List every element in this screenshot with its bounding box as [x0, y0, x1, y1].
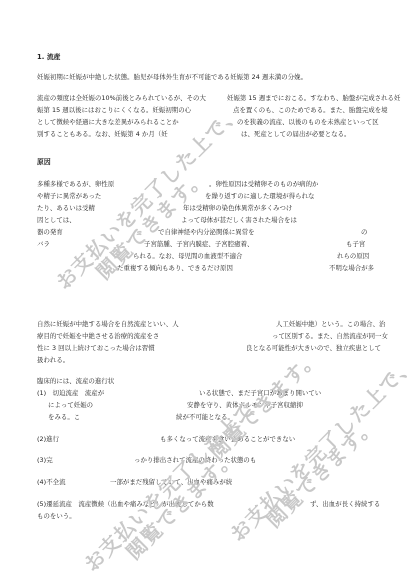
- paragraph1-line-right: は、死産としての届出が必要となる。: [241, 130, 351, 138]
- stage-5-line: ものをいう。: [37, 512, 76, 520]
- paragraph2-line-right: 不明な場合が多: [329, 264, 374, 272]
- paragraph3-line: 扱われる。: [37, 356, 69, 364]
- stage-5-line: (5)遷延流産 流産徴候（出血や痛みなど）が出現してから数: [37, 500, 214, 508]
- paragraph2-line: たり、あるいは受精: [37, 204, 95, 212]
- section-heading: 1. 流産: [37, 53, 61, 61]
- paragraph1-line: 別することもある。なお、妊娠第 4 か月（妊: [37, 130, 168, 138]
- paragraph2-line-mid: た重複する傾向もあり、できるだけ原因: [117, 264, 233, 272]
- definition-text: 妊娠初期に妊娠が中絶した状態。胎児が母体外生育が不可能である妊娠第 24 週未満…: [37, 73, 307, 81]
- paragraph3-line: 自然に妊娠が中絶する場合を自然流産といい、人: [37, 320, 179, 328]
- paragraph3-line-right: 良となる可能性が大きいので、独立疾患として: [246, 344, 381, 352]
- paragraph1-line-right: のを狭義の流産、以後のものを未熟産といって区: [237, 118, 379, 126]
- paragraph2-line-right: の: [361, 228, 367, 236]
- paragraph2-line-mid: を繰り返すのに適した環境が得られな: [205, 192, 315, 200]
- paragraph2-line-mid: 子宮筋腫、子宮内膜症、子宮腔癒着、: [144, 240, 254, 248]
- paragraph2-line: 器の発育: [37, 228, 63, 236]
- watermark-line1: お支払いを完了した上で、: [226, 352, 410, 545]
- paragraph2-line-mid: で自律神経や内分泌関係に異常を: [158, 228, 255, 236]
- paragraph2-line: 因としては、: [37, 216, 76, 224]
- paragraph3-line: 性に 3 回以上続けておこった場合は習慣: [37, 344, 155, 352]
- stage-1-line-right: いる状態で、まだ子宮口があまり開いてい: [199, 389, 321, 397]
- stage-1-line: (1) 切迫流産 流産が: [37, 389, 104, 397]
- paragraph1-line-right: 点を置くのも、このためである。また、胎盤完成を境: [233, 106, 388, 114]
- document-page: 1. 流産 妊娠初期に妊娠が中絶した状態。胎児が母体外生育が不可能である妊娠第 …: [0, 0, 410, 580]
- paragraph3-line-right: って区別する。また、自然流産が同一女: [272, 332, 388, 340]
- stage-4-line-right: 一部がまだ残留していて、出血や痛みが続: [110, 478, 232, 486]
- stage-3-line-right: っかり排出されて流産の終わった状態のも: [134, 456, 256, 464]
- watermark-line2: 閲覧できます。: [262, 413, 380, 531]
- stage-1-line: によって妊娠の: [48, 401, 93, 409]
- paragraph2-line: バラ: [37, 240, 50, 248]
- paragraph2-line-right: れらの原因: [337, 252, 369, 260]
- stage-2-line: (2)進行: [37, 435, 59, 443]
- stage-4-line: (4)不全流: [37, 478, 66, 486]
- paragraph2-line: 多種多様であるが、卵性原: [37, 180, 114, 188]
- stage-1-line-right: 安静を守り、黄体ホルモンや子宮収縮抑: [187, 401, 303, 409]
- stage-2-line-right: も多くなって流産を食い止めることができない: [160, 435, 295, 443]
- paragraph2-line: や精子に異常があった: [37, 192, 101, 200]
- paragraph3-line-right: 人工妊娠中絶）という。この場合、治: [276, 320, 386, 328]
- cause-heading: 原因: [37, 158, 51, 166]
- paragraph1-line-right: 妊娠第 15 週までにおこる。すなわち、胎盤が完成される妊: [227, 94, 400, 102]
- clinical-intro: 臨床的には、流産の進行状: [37, 377, 114, 385]
- stage-1-line: をみる。こ: [48, 413, 80, 421]
- paragraph2-line-right: も子宮: [346, 240, 365, 248]
- stage-3-line: (3)完: [37, 456, 53, 464]
- paragraph2-line-mid: 年は受精卵の染色体異常が多くみつけ: [183, 204, 292, 212]
- stage-1-line-right: 続が不可能となる。: [176, 413, 234, 421]
- stage-5-line-right: ず、出血が長く持続する: [310, 500, 380, 508]
- text-segment: 流産の頻度は全妊娠の10%前後とみられているが、その大: [37, 94, 206, 102]
- paragraph2-line-mid: よって母体が甚だしく害された場合をは: [181, 216, 297, 224]
- paragraph1-line: 流産の頻度は全妊娠の10%前後とみられているが、その大: [37, 94, 206, 102]
- paragraph3-line: 療目的で妊娠を中絶させる治療的流産をさ: [37, 332, 159, 340]
- paragraph1-line: として徴候や経過に大きな差異がみられることか: [37, 118, 179, 126]
- paragraph2-line-mid: 。卵性原因は受精卵そのものが病的か: [209, 180, 319, 188]
- paragraph2-line-mid: られる。なお、母児間の血液型不適合: [133, 252, 243, 260]
- paragraph1-line: 娠第 15 週以後にはおこりにくくなる。妊娠初期の心: [37, 106, 191, 114]
